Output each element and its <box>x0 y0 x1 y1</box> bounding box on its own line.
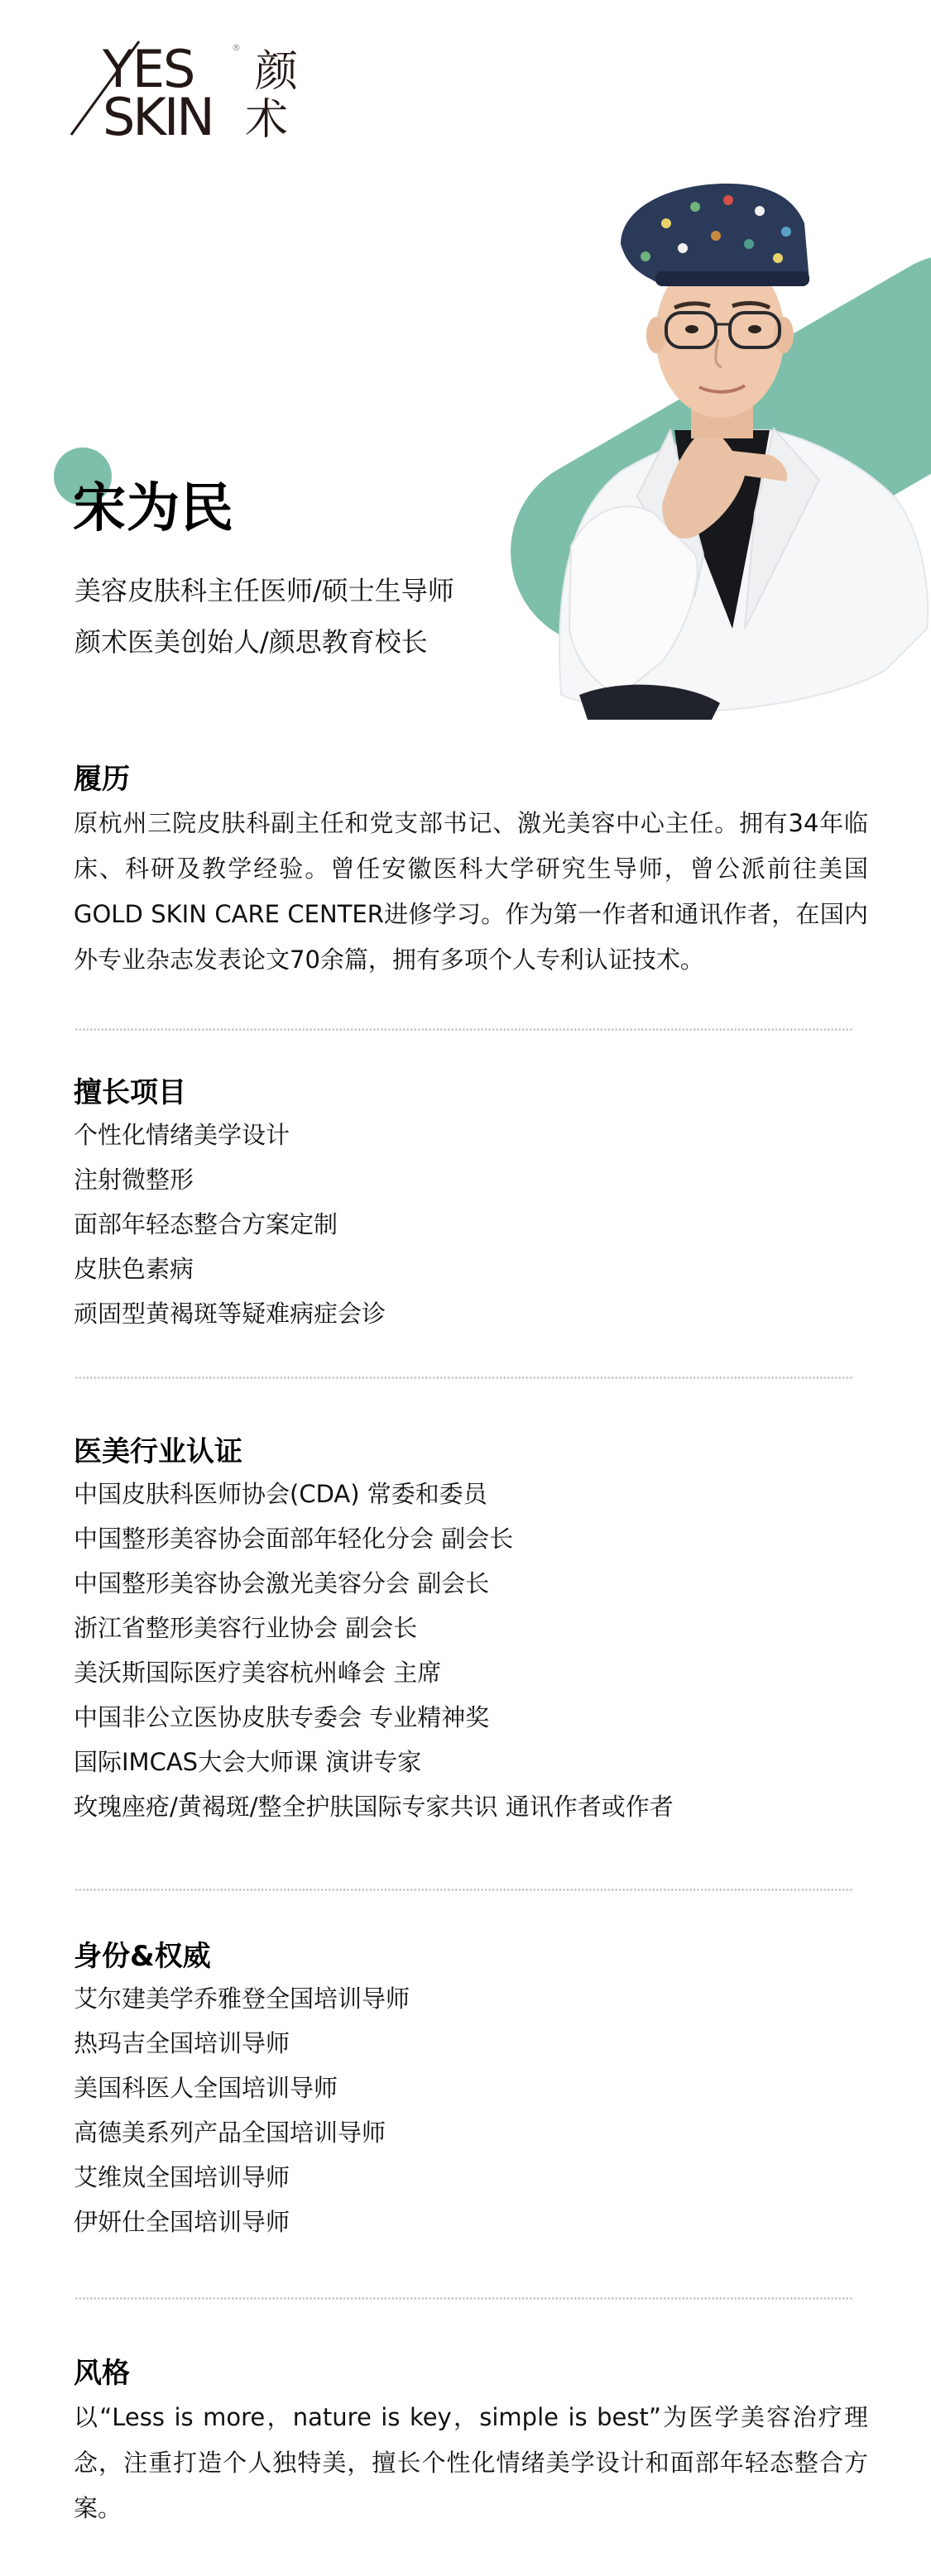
certifications-list: 中国皮肤科医师协会(CDA) 常委和委员 中国整形美容协会面部年轻化分会 副会长… <box>74 1472 868 1829</box>
doctor-portrait-icon <box>497 165 931 720</box>
list-item: 伊妍仕全国培训导师 <box>74 2200 868 2244</box>
section-style: 风格 以“Less is more，nature is key，simple i… <box>74 2355 868 2531</box>
section-divider <box>74 1377 852 1379</box>
list-item: 中国整形美容协会激光美容分会 副会长 <box>74 1561 868 1606</box>
doctor-title-primary: 美容皮肤科主任医师/硕士生导师 <box>74 574 454 607</box>
section-divider <box>74 1028 852 1031</box>
resume-paragraph: 原杭州三院皮肤科副主任和党支部书记、激光美容中心主任。拥有34年临床、科研及教学… <box>74 801 868 983</box>
brand-logo: YES SKIN ® 颜 术 <box>66 36 314 142</box>
section-heading-authority: 身份&权威 <box>74 1938 868 1975</box>
section-authority: 身份&权威 艾尔建美学乔雅登全国培训导师 热玛吉全国培训导师 美国科医人全国培训… <box>74 1938 868 2244</box>
list-item: 中国皮肤科医师协会(CDA) 常委和委员 <box>74 1472 868 1516</box>
specialties-list: 个性化情绪美学设计 注射微整形 面部年轻态整合方案定制 皮肤色素病 顽固型黄褐斑… <box>74 1113 868 1336</box>
registered-mark: ® <box>232 42 241 53</box>
section-certifications: 医美行业认证 中国皮肤科医师协会(CDA) 常委和委员 中国整形美容协会面部年轻… <box>74 1434 868 1829</box>
list-item: 顽固型黄褐斑等疑难病症会诊 <box>74 1291 868 1336</box>
doctor-title-secondary: 颜术医美创始人/颜思教育校长 <box>74 625 428 658</box>
list-item: 热玛吉全国培训导师 <box>74 2021 868 2066</box>
list-item: 注射微整形 <box>74 1157 868 1202</box>
logo-text-skin: SKIN <box>103 87 213 142</box>
logo-cn-shu: 术 <box>245 95 288 142</box>
doctor-photo <box>497 165 931 720</box>
list-item: 美沃斯国际医疗美容杭州峰会 主席 <box>74 1650 868 1695</box>
logo-cn-yan: 颜 <box>255 47 299 97</box>
list-item: 艾尔建美学乔雅登全国培训导师 <box>74 1976 868 2021</box>
section-specialties: 擅长项目 个性化情绪美学设计 注射微整形 面部年轻态整合方案定制 皮肤色素病 顽… <box>74 1075 868 1336</box>
doctor-name: 宋为民 <box>73 475 234 543</box>
list-item: 皮肤色素病 <box>74 1247 868 1291</box>
yes-skin-logo-icon: YES SKIN ® 颜 术 <box>66 36 314 142</box>
section-heading-certifications: 医美行业认证 <box>74 1434 868 1470</box>
section-heading-specialties: 擅长项目 <box>74 1075 868 1111</box>
list-item: 高德美系列产品全国培训导师 <box>74 2110 868 2155</box>
list-item: 艾维岚全国培训导师 <box>74 2155 868 2200</box>
list-item: 浙江省整形美容行业协会 副会长 <box>74 1606 868 1650</box>
style-paragraph: 以“Less is more，nature is key，simple is b… <box>74 2395 868 2531</box>
list-item: 个性化情绪美学设计 <box>74 1113 868 1157</box>
section-heading-resume: 履历 <box>74 761 868 797</box>
section-heading-style: 风格 <box>74 2355 868 2392</box>
list-item: 中国非公立医协皮肤专委会 专业精神奖 <box>74 1695 868 1740</box>
list-item: 美国科医人全国培训导师 <box>74 2066 868 2110</box>
section-divider <box>74 2297 852 2300</box>
section-resume: 履历 原杭州三院皮肤科副主任和党支部书记、激光美容中心主任。拥有34年临床、科研… <box>74 761 868 983</box>
section-divider <box>74 1889 852 1891</box>
list-item: 面部年轻态整合方案定制 <box>74 1202 868 1247</box>
list-item: 中国整形美容协会面部年轻化分会 副会长 <box>74 1516 868 1561</box>
list-item: 玫瑰座疮/黄褐斑/整全护肤国际专家共识 通讯作者或作者 <box>74 1784 868 1829</box>
list-item: 国际IMCAS大会大师课 演讲专家 <box>74 1740 868 1784</box>
authority-list: 艾尔建美学乔雅登全国培训导师 热玛吉全国培训导师 美国科医人全国培训导师 高德美… <box>74 1976 868 2244</box>
